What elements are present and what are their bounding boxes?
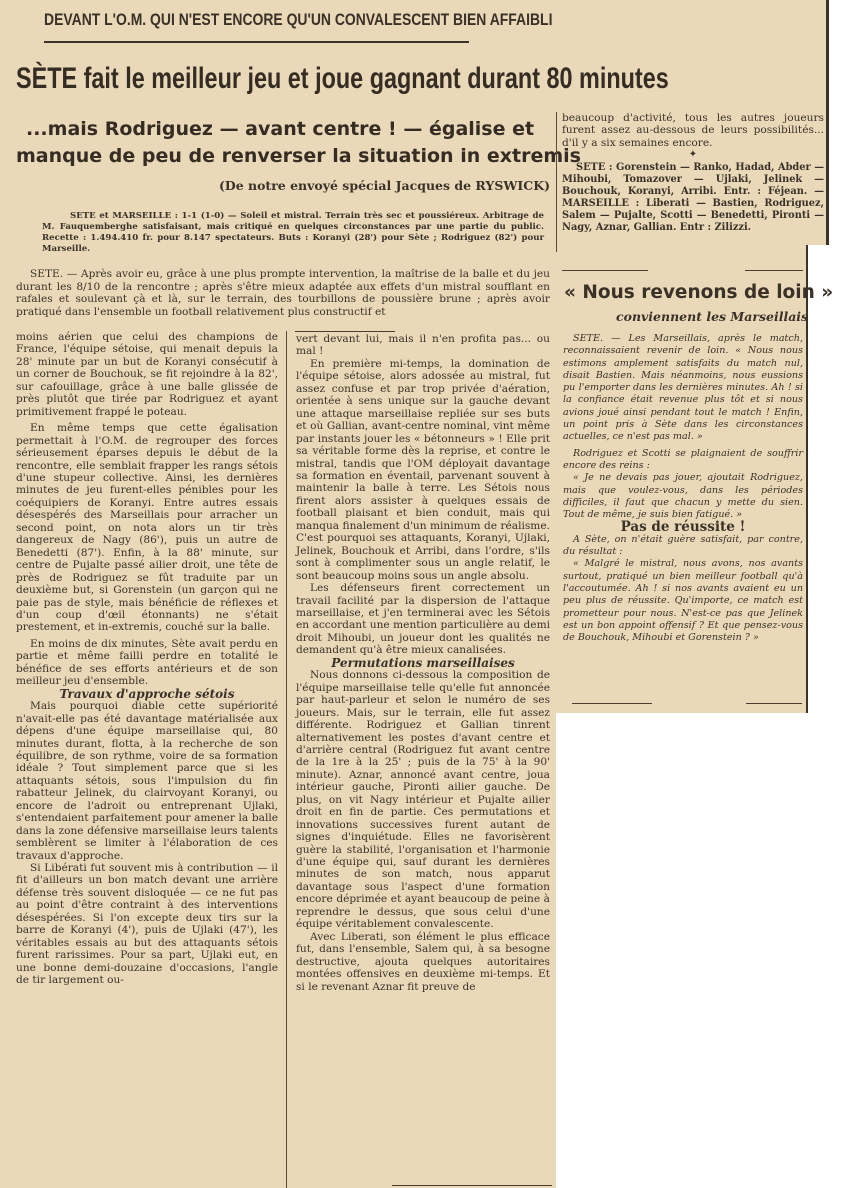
sidebar-rule [745,270,803,271]
match-summary: SETE et MARSEILLE : 1-1 (1-0) — Soleil e… [42,211,544,255]
sidebar-end-rule [746,703,802,704]
column-end-rule [392,1185,552,1186]
sidebar-title: « Nous revenons de loin » [564,282,833,303]
subheadline-line1: ...mais Rodriguez — avant centre ! — éga… [26,118,534,140]
paragraph: Nous donnons ci-dessous la composition d… [296,669,550,931]
paragraph: Rodriguez et Scotti se plaignaient de so… [563,448,803,473]
subheadline-line2: manque de peu de renverser la situation … [16,145,581,167]
column-rule [295,331,395,332]
paragraph: « Malgré le mistral, nous avons, nos ava… [563,558,803,644]
kicker-headline: DEVANT L'O.M. QUI N'EST ENCORE QU'UN CON… [44,10,475,30]
column-divider [286,331,287,1188]
paragraph: SETE. — Les Marseillais, après le match,… [563,333,803,444]
sidebar-end-rule [572,703,652,704]
paragraph: beaucoup d'activité, tous les autres jou… [562,112,824,149]
column-1: moins aérien que celui des champions de … [16,331,278,987]
clipping-edge [826,0,829,245]
main-headline: SÈTE fait le meilleur jeu et joue gagnan… [16,62,669,96]
sidebar-subtitle: conviennent les Marseillais [616,309,808,324]
paragraph: En moins de dix minutes, Sète avait perd… [16,638,278,688]
intro-paragraph: SETE. — Après avoir eu, grâce à une plus… [16,268,550,318]
article-intro: SETE. — Après avoir eu, grâce à une plus… [16,268,550,318]
sidebar-rule [562,270,648,271]
kicker-rule [44,41,469,43]
paragraph: En première mi-temps, la domination de l… [296,358,550,582]
paragraph: En même temps que cette égalisation perm… [16,422,278,634]
column-divider [556,112,557,252]
column-2: vert devant lui, mais il n'en profita pa… [296,333,550,993]
paragraph: A Sète, on n'était guère satisfait, par … [563,534,803,559]
paragraph: Mais pourquoi diable cette supériorité n… [16,700,278,862]
paragraph: Les défenseurs firent correctement un tr… [296,582,550,657]
byline: (De notre envoyé spécial Jacques de RYSW… [219,178,550,193]
section-subhead: Permutations marseillaises [296,657,550,669]
section-subhead: Travaux d'approche sétois [16,688,278,700]
paragraph: « Je ne devais pas jouer, ajoutait Rodri… [563,472,803,521]
paragraph: Si Libérati fut souvent mis à contributi… [16,862,278,987]
column-3-top: beaucoup d'activité, tous les autres jou… [562,112,824,234]
sidebar-section-title: Pas de réussite ! [563,521,803,533]
paragraph: moins aérien que celui des champions de … [16,331,278,418]
team-lineups: SETE : Gorenstein — Ranko, Hadad, Abder … [562,162,824,234]
sidebar-body: SETE. — Les Marseillais, après le match,… [563,333,803,644]
paragraph: vert devant lui, mais il n'en profita pa… [296,333,550,358]
paragraph: Avec Liberati, son élément le plus effic… [296,931,550,993]
separator-star: ✦ [562,149,824,161]
